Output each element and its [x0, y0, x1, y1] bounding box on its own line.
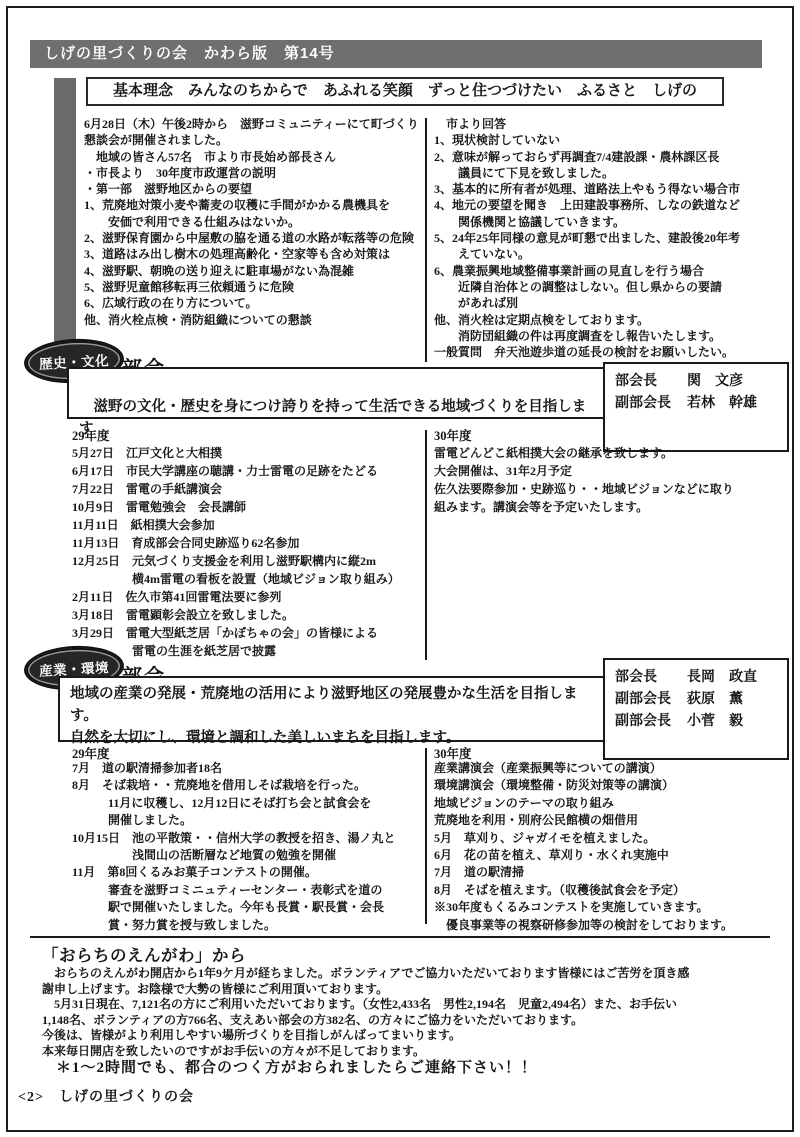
text-line: 市より回答	[434, 116, 786, 132]
text-line: 7月 道の駅清掃	[434, 864, 784, 881]
text-line: 3、道路はみ出し樹木の処理高齢化・空家等も含め対策は	[84, 246, 424, 262]
text-line: 6、広域行政の在り方について。	[84, 295, 424, 311]
text-line: 5、24年25年同様の意見が町懇で出ました、建設後20年考	[434, 230, 786, 246]
text-line: 安価で利用できる仕組みはないか。	[84, 214, 424, 230]
meeting-left-column: 6月28日（木）午後2時から 滋野コミュニティーにて町づくり懇談会が開催されまし…	[84, 116, 424, 328]
officer-title: 部会長	[615, 667, 687, 689]
text-line: 7月22日 雷電の手紙講演会	[72, 480, 418, 498]
text-line: 関係機関と協議していきます。	[434, 214, 786, 230]
page-title: しげの里づくりの会 かわら版 第14号	[30, 40, 762, 68]
officer-title: 副部会長	[615, 393, 687, 415]
officer-row: 部会長 長岡 政直	[615, 667, 781, 689]
text-line: 10月9日 雷電勉強会 会長講師	[72, 498, 418, 516]
text-line: 2、意味が解っておらず再調査7/4建設課・農林課区長	[434, 149, 786, 165]
text-line: 雷電の生涯を紙芝居で披露	[72, 642, 418, 660]
text-line: 組みます。講演会等を予定いたします。	[434, 498, 784, 516]
text-line: 11月11日 紙相撲大会参加	[72, 516, 418, 534]
text-line: 消防団組織の件は再度調査をし報告いたします。	[434, 328, 786, 344]
text-line: 11月13日 育成部会合同史跡巡り62名参加	[72, 534, 418, 552]
text-line: 6月 花の苗を植え、草刈り・水くれ実施中	[434, 847, 784, 864]
text-line: 4、地元の要望を聞き 上田建設事務所、しなの鉄道など	[434, 197, 786, 213]
text-line: 4、滋野駅、朝晩の送り迎えに駐車場がない為混雑	[84, 263, 424, 279]
engawa-top-rule	[30, 936, 770, 938]
text-line: 大会開催は、31年2月予定	[434, 462, 784, 480]
text-line: 優良事業等の視察研修参加等の検討をしております。	[434, 917, 784, 934]
officer-title: 部会長	[615, 371, 687, 393]
text-line: 審査を滋野コミニュティーセンター・表彰式を道の	[72, 882, 418, 899]
text-line: 1,148名、ボランティアの方766名、支えあい部会の方382名、の方々にご協力…	[42, 1013, 786, 1029]
text-line: 浅間山の活断層など地質の勉強を開催	[72, 847, 418, 864]
text-line: 今後は、皆様がより利用しやすい場所づくりを目指しがんばってまいります。	[42, 1028, 786, 1044]
text-line: 議員にて下見を致しました。	[434, 165, 786, 181]
text-line: 10月15日 池の平散策・・信州大学の教授を招き、湯ノ丸と	[72, 830, 418, 847]
officer-title: 副部会長	[615, 689, 687, 711]
industry-30-list: 産業講演会（産業振興等についての講演）環境講演会（環境整備・防災対策等の講演）地…	[434, 760, 784, 934]
text-line: 11月に収穫し、12月12日にそば打ち会と試食会を	[72, 795, 418, 812]
history-29-list: 5月27日 江戸文化と大相撲6月17日 市民大学講座の聴講・力士雷電の足跡をたど…	[72, 444, 418, 660]
industry-mission-box: 地域の産業の発展・荒廃地の活用により滋野地区の発展豊かな生活を目指します。自然を…	[58, 676, 605, 742]
engawa-cta-line: ＊1～2時間でも、都合のつく方がおられましたらご連絡下さい！！	[56, 1056, 537, 1077]
text-line: ・市長より 30年度市政運営の説明	[84, 165, 424, 181]
text-line: 一般質問 弁天池遊歩道の延長の検討をお願いしたい。	[434, 344, 786, 360]
text-line: があれば別	[434, 295, 786, 311]
text-line: 5月27日 江戸文化と大相撲	[72, 444, 418, 462]
text-line: ※30年度もくるみコンテストを実施していきます。	[434, 899, 784, 916]
text-line: 2月11日 佐久市第41回雷電法要に参列	[72, 588, 418, 606]
side-accent-strip	[54, 78, 76, 362]
text-line: 地域の皆さん57名 市より市長始め部長さん	[84, 149, 424, 165]
text-line: 駅で開催いたしました。今年も長賞・駅長賞・会長	[72, 899, 418, 916]
text-line: 賞・努力賞を授与致しました。	[72, 917, 418, 934]
text-line: 他、消火栓は定期点検をしております。	[434, 312, 786, 328]
officer-name: 長岡 政直	[687, 667, 757, 689]
officer-row: 副部会長 荻原 薫	[615, 689, 781, 711]
officer-row: 副部会長 小菅 毅	[615, 711, 781, 733]
text-line: 開催しました。	[72, 812, 418, 829]
text-line: 産業講演会（産業振興等についての講演）	[434, 760, 784, 777]
history-30-label: 30年度	[434, 426, 472, 444]
text-line: 8月 そばを植えます。（収穫後試食会を予定）	[434, 882, 784, 899]
text-line: 雷電どんどこ紙相撲大会の継承を致します。	[434, 444, 784, 462]
industry-officers-box: 部会長 長岡 政直 副部会長 荻原 薫 副部会長 小菅 毅	[603, 658, 789, 760]
motto-text: 基本理念 みんなのちからで あふれる笑顔 ずっと住つづけたい ふるさと しげの	[113, 83, 697, 99]
text-line: 地域の産業の発展・荒廃地の活用により滋野地区の発展豊かな生活を目指します。	[70, 683, 595, 727]
officer-name: 荻原 薫	[687, 689, 743, 711]
officer-name: 関 文彦	[687, 371, 743, 393]
text-line: 佐久法要際参加・史跡巡り・・地域ビジョンなどに取り	[434, 480, 784, 498]
officer-row: 部会長 関 文彦	[615, 371, 781, 393]
text-line: えていない。	[434, 246, 786, 262]
text-line: 他、消火栓点検・消防組織についての懇談	[84, 312, 424, 328]
text-line: 横4m雷電の看板を設置（地域ビジョン取り組み）	[72, 570, 418, 588]
column-divider	[425, 430, 427, 660]
text-line: 1、現状検討していない	[434, 132, 786, 148]
text-line: 12月25日 元気づくり支援金を利用し滋野駅構内に縦2m	[72, 552, 418, 570]
motto-box: 基本理念 みんなのちからで あふれる笑顔 ずっと住つづけたい ふるさと しげの	[86, 77, 724, 106]
column-divider	[425, 748, 427, 924]
history-officers-box: 部会長 関 文彦 副部会長 若林 幹雄	[603, 362, 789, 452]
text-line: 6、農業振興地域整備事業計画の見直しを行う場合	[434, 263, 786, 279]
text-line: 謝申し上げます。お陰様で大勢の皆様にご利用頂いております。	[42, 982, 786, 998]
text-line: 8月 そば栽培・・荒廃地を借用しそば栽培を行った。	[72, 777, 418, 794]
text-line: 3、基本的に所有者が処理、道路法上やもう得ない場合市	[434, 181, 786, 197]
engawa-paragraphs: おらちのえんがわ開店から1年9ケ月が経ちました。ボランティアでご協力いただいてお…	[42, 966, 786, 1060]
engawa-title: 「おらちのえんがわ」から	[42, 942, 246, 966]
newsletter-page: しげの里づくりの会 かわら版 第14号 基本理念 みんなのちからで あふれる笑顔…	[0, 0, 800, 1137]
text-line: 5、滋野児童館移転再三依頼通うに危険	[84, 279, 424, 295]
text-line: おらちのえんがわ開店から1年9ケ月が経ちました。ボランティアでご協力いただいてお…	[42, 966, 786, 982]
text-line: 自然を大切にし、環境と調和した美しいまちを目指します。	[70, 727, 595, 749]
text-line: 6月28日（木）午後2時から 滋野コミュニティーにて町づくり	[84, 116, 424, 132]
history-mission-box: 滋野の文化・歴史を身につけ誇りを持って生活できる地域づくりを目指します	[67, 367, 605, 419]
history-29-label: 29年度	[72, 426, 110, 444]
officer-name: 若林 幹雄	[687, 393, 757, 415]
officer-row: 副部会長 若林 幹雄	[615, 393, 781, 415]
text-line: 3月29日 雷電大型紙芝居「かぼちゃの会」の皆様による	[72, 624, 418, 642]
text-line: 環境講演会（環境整備・防災対策等の講演）	[434, 777, 784, 794]
text-line: 6月17日 市民大学講座の聴講・力士雷電の足跡をたどる	[72, 462, 418, 480]
text-line: 5月 草刈り、ジャガイモを植えました。	[434, 830, 784, 847]
text-line: 11月 第8回くるみお菓子コンテストの開催。	[72, 864, 418, 881]
text-line: 1、荒廃地対策小麦や蕎麦の収穫に手間がかかる農機具を	[84, 197, 424, 213]
column-divider	[425, 118, 427, 362]
officer-name: 小菅 毅	[687, 711, 743, 733]
text-line: 2、滋野保育園から中屋敷の脇を通る道の水路が転落等の危険	[84, 230, 424, 246]
text-line: 3月18日 雷電顕彰会設立を致しました。	[72, 606, 418, 624]
text-line: 5月31日現在、7,121名の方にご利用いただいております。（女性2,433名 …	[42, 997, 786, 1013]
text-line: 近隣自治体との調整はしない。但し県からの要請	[434, 279, 786, 295]
text-line: 地域ビジョンのテーマの取り組み	[434, 795, 784, 812]
text-line: 荒廃地を利用・別府公民館横の畑借用	[434, 812, 784, 829]
history-30-list: 雷電どんどこ紙相撲大会の継承を致します。大会開催は、31年2月予定佐久法要際参加…	[434, 444, 784, 516]
text-line: ・第一部 滋野地区からの要望	[84, 181, 424, 197]
text-line: 懇談会が開催されました。	[84, 132, 424, 148]
meeting-right-column: 市より回答1、現状検討していない2、意味が解っておらず再調査7/4建設課・農林課…	[434, 116, 786, 360]
page-footer: <2> しげの里づくりの会	[18, 1086, 194, 1106]
text-line: 7月 道の駅清掃参加者18名	[72, 760, 418, 777]
officer-title: 副部会長	[615, 711, 687, 733]
industry-29-list: 7月 道の駅清掃参加者18名8月 そば栽培・・荒廃地を借用しそば栽培を行った。 …	[72, 760, 418, 934]
